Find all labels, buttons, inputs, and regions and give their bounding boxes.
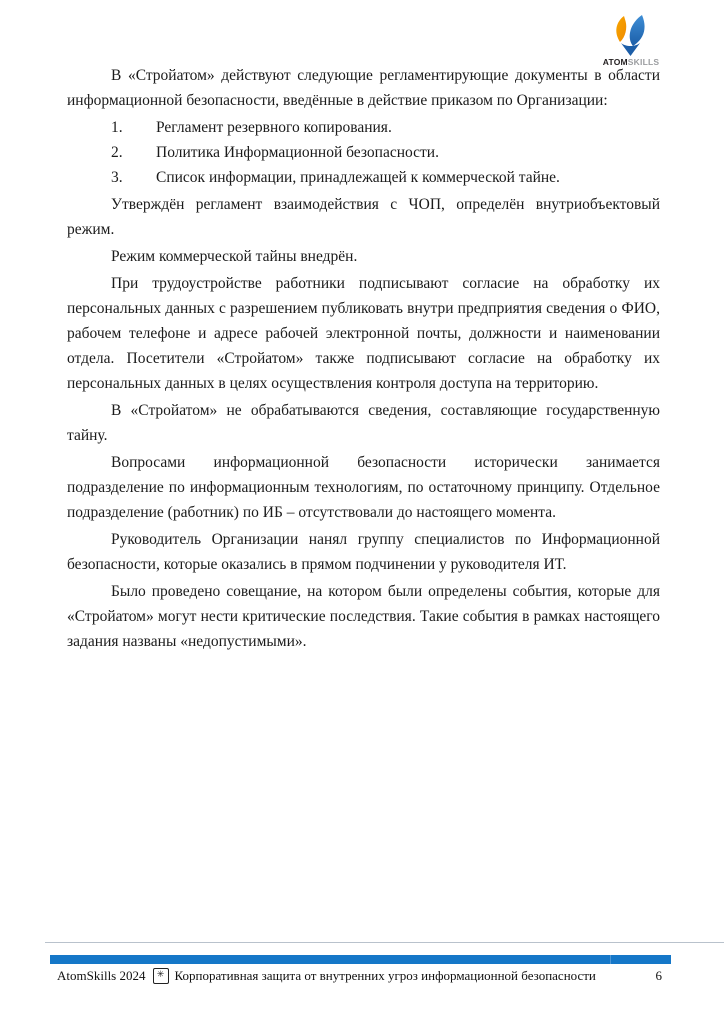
document-page: ATOMSKILLS В «Стройатом» действуют следу… — [0, 0, 724, 1024]
list-item-number: 1. — [111, 115, 156, 140]
document-body: В «Стройатом» действуют следующие реглам… — [67, 63, 660, 656]
page-number: 6 — [656, 967, 663, 984]
atomskills-flame-icon — [609, 13, 653, 57]
footer: AtomSkills 2024 ✳ Корпоративная защита о… — [57, 967, 662, 984]
list-item-number: 2. — [111, 140, 156, 165]
rosatom-symbol-icon: ✳ — [153, 968, 169, 984]
paragraph-trade-secret: Режим коммерческой тайны внедрён. — [67, 244, 660, 269]
list-item-number: 3. — [111, 165, 156, 190]
list-item-text: Политика Информационной безопасности. — [156, 140, 660, 165]
paragraph-state-secret: В «Стройатом» не обрабатываются сведения… — [67, 398, 660, 448]
paragraph-personal-data: При трудоустройстве работники подписываю… — [67, 271, 660, 396]
atomskills-logo: ATOMSKILLS — [598, 13, 664, 67]
list-item: 1. Регламент резервного копирования. — [67, 115, 660, 140]
paragraph-it-department: Вопросами информационной безопасности ис… — [67, 450, 660, 525]
footer-event-name: AtomSkills 2024 — [57, 967, 146, 984]
footer-document-title: Корпоративная защита от внутренних угроз… — [175, 967, 596, 984]
list-item: 3. Список информации, принадлежащей к ко… — [67, 165, 660, 190]
footer-top-rule — [45, 942, 724, 943]
footer-bar-divider — [610, 955, 611, 964]
footer-blue-bar — [50, 955, 671, 964]
list-item-text: Список информации, принадлежащей к комме… — [156, 165, 660, 190]
regulation-list: 1. Регламент резервного копирования. 2. … — [67, 115, 660, 190]
list-item: 2. Политика Информационной безопасности. — [67, 140, 660, 165]
list-item-text: Регламент резервного копирования. — [156, 115, 660, 140]
paragraph-hired-specialists: Руководитель Организации нанял группу сп… — [67, 527, 660, 577]
paragraph-chop: Утверждён регламент взаимодействия с ЧОП… — [67, 192, 660, 242]
paragraph-meeting: Было проведено совещание, на котором был… — [67, 579, 660, 654]
paragraph-intro: В «Стройатом» действуют следующие реглам… — [67, 63, 660, 113]
